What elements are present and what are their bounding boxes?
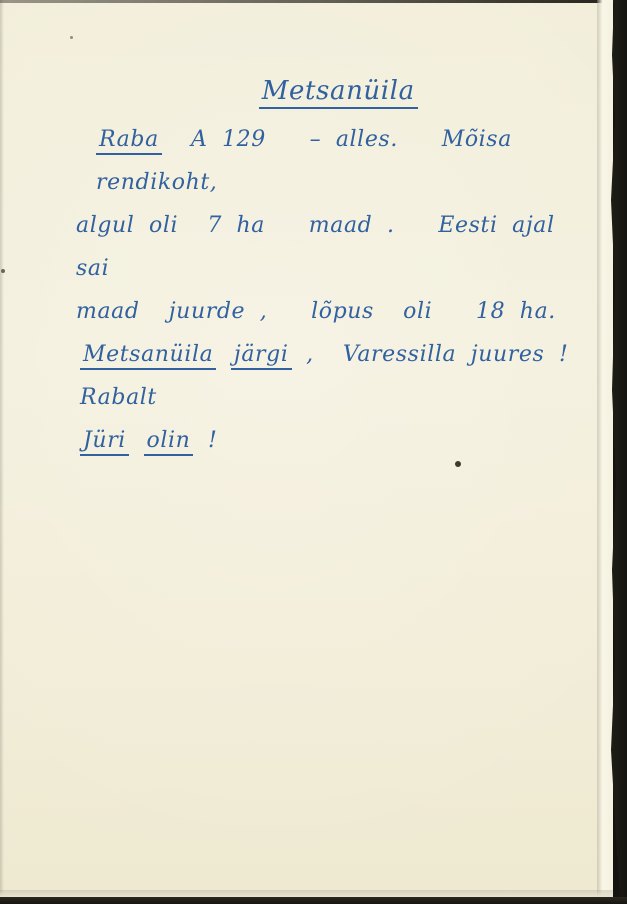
paper-speck [70,36,73,39]
handwritten-line: maad juurde , lõpus oli 18 ha. [76,290,596,333]
handwritten-line: Raba A 129 – alles. Mõisa rendikoht, [96,118,596,204]
text-segment [216,342,231,367]
scanned-page: Metsanüila Raba A 129 – alles. Mõisa ren… [0,0,627,904]
underlined-word: Metsanüila [80,342,216,370]
underlined-word: Raba [96,127,162,155]
underlined-word: järgi [231,342,292,370]
text-segment [129,428,144,453]
underlined-word: olin [144,428,194,456]
page-title-text: Metsanüila [259,76,418,109]
page-edge-bottom [0,890,613,897]
handwritten-line: Jüri olin ! [80,419,596,462]
text-segment: ! [193,428,217,453]
handwriting-body: Raba A 129 – alles. Mõisa rendikoht,algu… [76,118,596,462]
text-segment: maad juurde , lõpus oli 18 ha. [76,299,556,324]
scan-edge-bottom [0,897,627,904]
handwritten-line: algul oli 7 ha maad . Eesti ajal sai [76,204,596,290]
paper-speck [1,269,5,273]
handwritten-line: Metsanüila järgi , Varessilla juures ! R… [80,333,596,419]
text-segment: algul oli 7 ha maad . Eesti ajal sai [76,213,584,281]
scan-edge-top [0,0,627,3]
underlined-word: Jüri [80,428,129,456]
